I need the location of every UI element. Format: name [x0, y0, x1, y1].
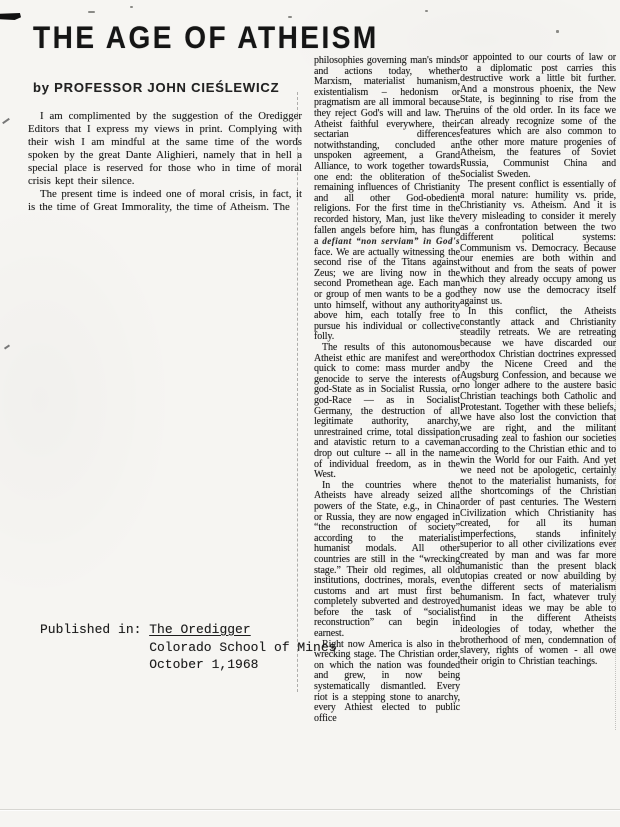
publication-date: October 1,1968 [149, 656, 336, 674]
scan-artifact-speck [130, 6, 133, 8]
handwritten-annotation: defiant “non serviam” in God's [322, 236, 460, 246]
intro-paragraph-2: The present time is indeed one of moral … [28, 188, 302, 214]
middle-paragraph-1: philosophies governing man's minds and a… [314, 56, 460, 343]
publication-name: The Oredigger [149, 622, 250, 637]
middle-paragraph-3: In the countries where the Atheists have… [314, 481, 460, 640]
scan-artifact-corner-blob [0, 13, 21, 20]
published-in-block: Published in: The Oredigger Colorado Sch… [40, 621, 336, 674]
scan-artifact-speck [556, 30, 559, 33]
scan-artifact-bottom-rule [0, 809, 620, 810]
scan-artifact-speck [288, 16, 292, 18]
page-title: THE AGE OF ATHEISM [33, 20, 379, 56]
scan-artifact-margin-tick [4, 344, 10, 349]
scan-artifact-speck [88, 11, 95, 13]
publication-institution: Colorado School of Mines [149, 639, 336, 657]
published-in-line: Published in: The Oredigger [40, 621, 336, 639]
middle-paragraph-1-before-insert: philosophies governing man's minds and a… [314, 55, 460, 247]
byline: by PROFESSOR JOHN CIEŚLEWICZ [33, 80, 279, 95]
right-paragraph-3: In this conflict, the Atheists constantl… [460, 307, 616, 667]
scanned-document-page: THE AGE OF ATHEISM by PROFESSOR JOHN CIE… [0, 0, 620, 827]
middle-paragraph-1-after-insert: face. We are actually witnessing the sec… [314, 247, 460, 343]
intro-paragraph-1: I am complimented by the suggestion of t… [28, 110, 302, 188]
middle-paragraph-2: The results of this autonomous Atheist e… [314, 343, 460, 481]
published-label: Published in: [40, 622, 141, 637]
scan-artifact-margin-tick [2, 118, 10, 124]
right-paragraph-2: The present conflict is essentially of a… [460, 180, 616, 307]
intro-block: I am complimented by the suggestion of t… [28, 110, 302, 214]
scan-artifact-speck [425, 10, 428, 12]
right-paragraph-1: or appointed to our courts of law or to … [460, 53, 616, 180]
right-column: or appointed to our courts of law or to … [460, 53, 616, 667]
